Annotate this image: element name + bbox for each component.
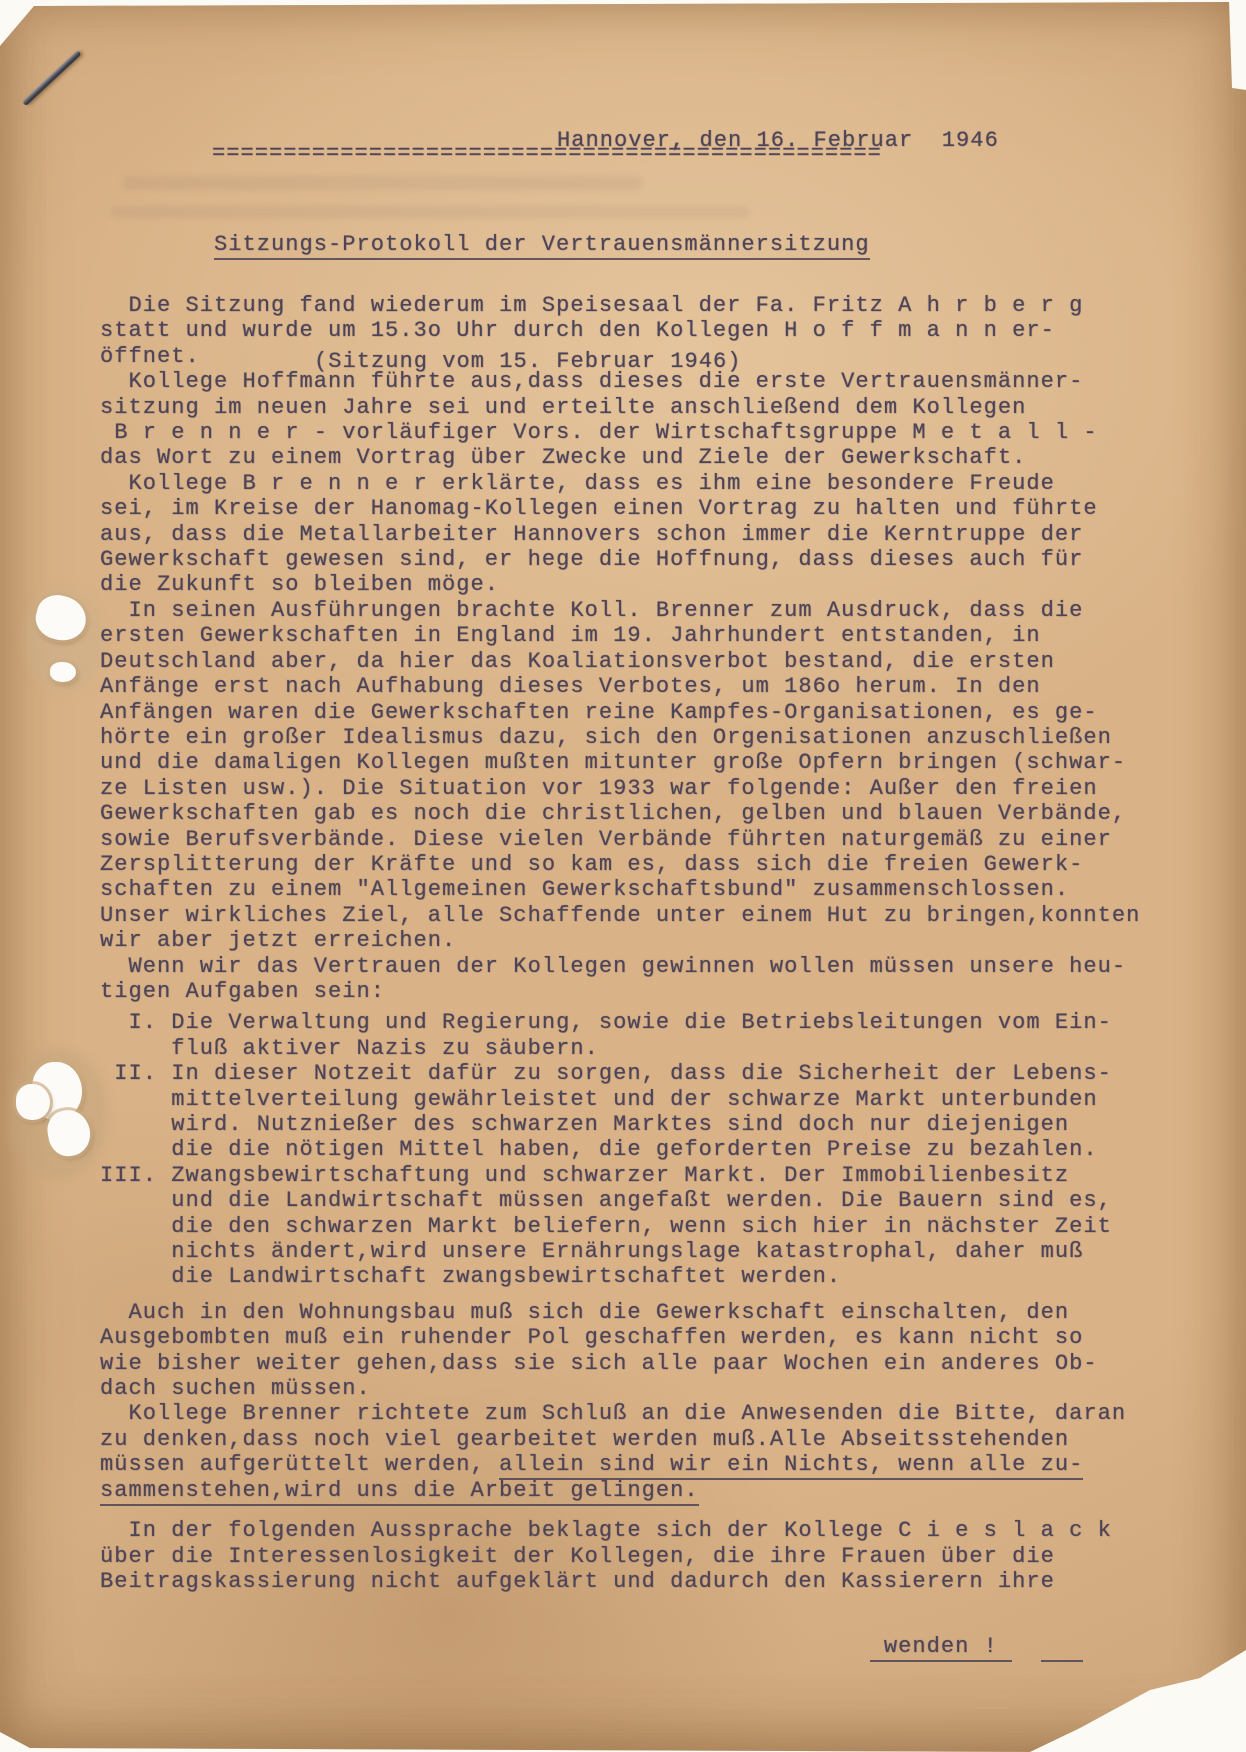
- document-title: Sitzungs-Protokoll der Vertrauensmänners…: [100, 232, 1220, 258]
- text-line: Kollege Hoffmann führte aus,dass dieses …: [100, 369, 1230, 394]
- text-line: fluß aktiver Nazis zu säubern.: [100, 1036, 1230, 1061]
- text-line: sammenstehen,wird uns die Arbeit gelinge…: [100, 1478, 1230, 1503]
- text-line: sei, im Kreise der Hanomag-Kollegen eine…: [100, 496, 1230, 521]
- text-line: wenden !: [100, 1634, 1230, 1659]
- text-line: über die Interessenlosigkeit der Kollege…: [100, 1544, 1230, 1569]
- text-segment: Kollege B r e n n e r erklärte, dass es …: [100, 471, 1055, 496]
- text-line: Die Sitzung fand wiederum im Speisesaal …: [100, 293, 1230, 318]
- document-title-text: Sitzungs-Protokoll der Vertrauensmänners…: [214, 232, 870, 260]
- text-line: aus, dass die Metallarbeiter Hannovers s…: [100, 522, 1230, 547]
- text-line: und die damaligen Kollegen mußten mitunt…: [100, 750, 1230, 775]
- text-line: I. Die Verwaltung und Regierung, sowie d…: [100, 1010, 1230, 1035]
- text-line: Anfängen waren die Gewerkschaften reine …: [100, 700, 1230, 725]
- text-segment: und die damaligen Kollegen mußten mitunt…: [100, 750, 1126, 775]
- text-segment: müssen aufgerüttelt werden,: [100, 1452, 499, 1477]
- text-line: die Landwirtschaft zwangsbewirtschaftet …: [100, 1264, 1230, 1289]
- text-segment: wir aber jetzt erreichen.: [100, 928, 456, 953]
- text-segment: allein sind wir ein Nichts, wenn alle zu…: [499, 1452, 1083, 1480]
- text-line: Beitragskassierung nicht aufgeklärt und …: [100, 1569, 1230, 1594]
- text-segment: über die Interessenlosigkeit der Kollege…: [100, 1544, 1055, 1569]
- text-segment: [1012, 1634, 1041, 1659]
- text-line: Ausgebombten muß ein ruhender Pol gescha…: [100, 1325, 1230, 1350]
- text-line: Wenn wir das Vertrauen der Kollegen gewi…: [100, 954, 1230, 979]
- text-segment: Ausgebombten muß ein ruhender Pol gescha…: [100, 1325, 1083, 1350]
- text-segment: Gewerkschaften gab es noch die christlic…: [100, 801, 1126, 826]
- text-line: zu denken,dass noch viel gearbeitet werd…: [100, 1427, 1230, 1452]
- text-segment: Wenn wir das Vertrauen der Kollegen gewi…: [100, 954, 1126, 979]
- text-segment: Anfängen waren die Gewerkschaften reine …: [100, 700, 1098, 725]
- text-line: Deutschland aber, da hier das Koaliation…: [100, 649, 1230, 674]
- text-segment: sowie Berufsverbände. Diese vielen Verbä…: [100, 827, 1112, 852]
- text-line: nichts ändert,wird unsere Ernährungslage…: [100, 1239, 1230, 1264]
- paper-hole: [50, 662, 76, 682]
- paper-hole: [16, 1084, 50, 1120]
- text-segment: mittelverteilung gewährleistet und der s…: [100, 1087, 1098, 1112]
- text-segment: wie bisher weiter gehen,dass sie sich al…: [100, 1351, 1098, 1376]
- text-segment: I. Die Verwaltung und Regierung, sowie d…: [100, 1010, 1112, 1035]
- text-segment: sitzung im neuen Jahre sei und erteilte …: [100, 395, 1026, 420]
- text-segment: sei, im Kreise der Hanomag-Kollegen eine…: [100, 496, 1098, 521]
- text-line: schaften zu einem "Allgemeinen Gewerksch…: [100, 877, 1230, 902]
- text-line: sitzung im neuen Jahre sei und erteilte …: [100, 395, 1230, 420]
- text-segment: tigen Aufgaben sein:: [100, 979, 385, 1004]
- title-underline-rule: ========================================…: [212, 146, 882, 162]
- text-segment: Kollege Hoffmann führte aus,dass dieses …: [100, 369, 1083, 394]
- text-segment: schaften zu einem "Allgemeinen Gewerksch…: [100, 877, 1069, 902]
- text-segment: ze Listen usw.). Die Situation vor 1933 …: [100, 776, 1098, 801]
- text-segment: [100, 1634, 870, 1659]
- text-segment: Beitragskassierung nicht aufgeklärt und …: [100, 1569, 1055, 1594]
- text-line: Gewerkschaften gab es noch die christlic…: [100, 801, 1230, 826]
- text-segment: Zersplitterung der Kräfte und so kam es,…: [100, 852, 1083, 877]
- text-segment: B r e n n e r - vorläufiger Vors. der Wi…: [100, 420, 1098, 445]
- text-line: Zersplitterung der Kräfte und so kam es,…: [100, 852, 1230, 877]
- text-segment: und die Landwirtschaft müssen angefaßt w…: [100, 1188, 1112, 1213]
- text-line: ze Listen usw.). Die Situation vor 1933 …: [100, 776, 1230, 801]
- text-segment: In der folgenden Aussprache beklagte sic…: [100, 1518, 1112, 1543]
- text-line: ersten Gewerkschaften in England im 19. …: [100, 623, 1230, 648]
- text-segment: statt und wurde um 15.3o Uhr durch den K…: [100, 318, 1055, 343]
- text-line: Auch in den Wohnungsbau muß sich die Gew…: [100, 1300, 1230, 1325]
- text-segment: Anfänge erst nach Aufhabung dieses Verbo…: [100, 674, 1041, 699]
- text-line: III. Zwangsbewirtschaftung und schwarzer…: [100, 1163, 1230, 1188]
- text-line: B r e n n e r - vorläufiger Vors. der Wi…: [100, 420, 1230, 445]
- text-segment: Unser wirkliches Ziel, alle Schaffende u…: [100, 903, 1140, 928]
- text-line: sowie Berufsverbände. Diese vielen Verbä…: [100, 827, 1230, 852]
- text-segment: ersten Gewerkschaften in England im 19. …: [100, 623, 1041, 648]
- text-line: öffnet.: [100, 344, 1230, 369]
- text-segment: II. In dieser Notzeit dafür zu sorgen, d…: [100, 1061, 1112, 1086]
- text-line: wie bisher weiter gehen,dass sie sich al…: [100, 1351, 1230, 1376]
- text-line: die die nötigen Mittel haben, die geford…: [100, 1137, 1230, 1162]
- text-segment: sammenstehen,wird uns die Arbeit gelinge…: [100, 1478, 699, 1506]
- text-line: Anfänge erst nach Aufhabung dieses Verbo…: [100, 674, 1230, 699]
- text-segment: wird. Nutznießer des schwarzen Marktes s…: [100, 1112, 1069, 1137]
- text-line: mittelverteilung gewährleistet und der s…: [100, 1087, 1230, 1112]
- text-line: Kollege Brenner richtete zum Schluß an d…: [100, 1401, 1230, 1426]
- text-segment: [1041, 1634, 1084, 1662]
- text-segment: öffnet.: [100, 344, 200, 369]
- text-segment: Auch in den Wohnungsbau muß sich die Gew…: [100, 1300, 1069, 1325]
- text-segment: die die nötigen Mittel haben, die geford…: [100, 1137, 1098, 1162]
- text-segment: hörte ein großer Idealismus dazu, sich d…: [100, 725, 1112, 750]
- text-segment: III. Zwangsbewirtschaftung und schwarzer…: [100, 1163, 1069, 1188]
- text-line: müssen aufgerüttelt werden, allein sind …: [100, 1452, 1230, 1477]
- text-segment: nichts ändert,wird unsere Ernährungslage…: [100, 1239, 1083, 1264]
- text-segment: die Zukunft so bleiben möge.: [100, 572, 499, 597]
- text-segment: die Landwirtschaft zwangsbewirtschaftet …: [100, 1264, 841, 1289]
- text-segment: aus, dass die Metallarbeiter Hannovers s…: [100, 522, 1083, 547]
- text-segment: In seinen Ausführungen brachte Koll. Bre…: [100, 598, 1083, 623]
- text-segment: fluß aktiver Nazis zu säubern.: [100, 1036, 599, 1061]
- text-line: Kollege B r e n n e r erklärte, dass es …: [100, 471, 1230, 496]
- text-line: dach suchen müssen.: [100, 1376, 1230, 1401]
- text-segment: Gewerkschaft gewesen sind, er hege die H…: [100, 547, 1083, 572]
- text-segment: Deutschland aber, da hier das Koaliation…: [100, 649, 1055, 674]
- text-line: II. In dieser Notzeit dafür zu sorgen, d…: [100, 1061, 1230, 1086]
- text-line: In der folgenden Aussprache beklagte sic…: [100, 1518, 1230, 1543]
- text-segment: Kollege Brenner richtete zum Schluß an d…: [100, 1401, 1126, 1426]
- text-segment: das Wort zu einem Vortrag über Zwecke un…: [100, 445, 1026, 470]
- text-segment: Die Sitzung fand wiederum im Speisesaal …: [100, 293, 1083, 318]
- text-line: wir aber jetzt erreichen.: [100, 928, 1230, 953]
- text-line: statt und wurde um 15.3o Uhr durch den K…: [100, 318, 1230, 343]
- scanned-document-page: { "page": { "background": "#fbfaf5", "pa…: [0, 0, 1246, 1752]
- text-line: die Zukunft so bleiben möge.: [100, 572, 1230, 597]
- text-line: Gewerkschaft gewesen sind, er hege die H…: [100, 547, 1230, 572]
- text-segment: wenden !: [870, 1634, 1013, 1662]
- text-line: die den schwarzen Markt beliefern, wenn …: [100, 1214, 1230, 1239]
- text-line: wird. Nutznießer des schwarzen Marktes s…: [100, 1112, 1230, 1137]
- text-line: und die Landwirtschaft müssen angefaßt w…: [100, 1188, 1230, 1213]
- text-line: In seinen Ausführungen brachte Koll. Bre…: [100, 598, 1230, 623]
- text-line: Unser wirkliches Ziel, alle Schaffende u…: [100, 903, 1230, 928]
- line-gap: [100, 1290, 1230, 1300]
- text-segment: zu denken,dass noch viel gearbeitet werd…: [100, 1427, 1069, 1452]
- document-body: Die Sitzung fand wiederum im Speisesaal …: [100, 293, 1230, 1660]
- line-gap: [100, 1594, 1230, 1634]
- text-segment: die den schwarzen Markt beliefern, wenn …: [100, 1214, 1112, 1239]
- text-segment: dach suchen müssen.: [100, 1376, 371, 1401]
- text-line: hörte ein großer Idealismus dazu, sich d…: [100, 725, 1230, 750]
- text-line: das Wort zu einem Vortrag über Zwecke un…: [100, 445, 1230, 470]
- text-line: tigen Aufgaben sein:: [100, 979, 1230, 1004]
